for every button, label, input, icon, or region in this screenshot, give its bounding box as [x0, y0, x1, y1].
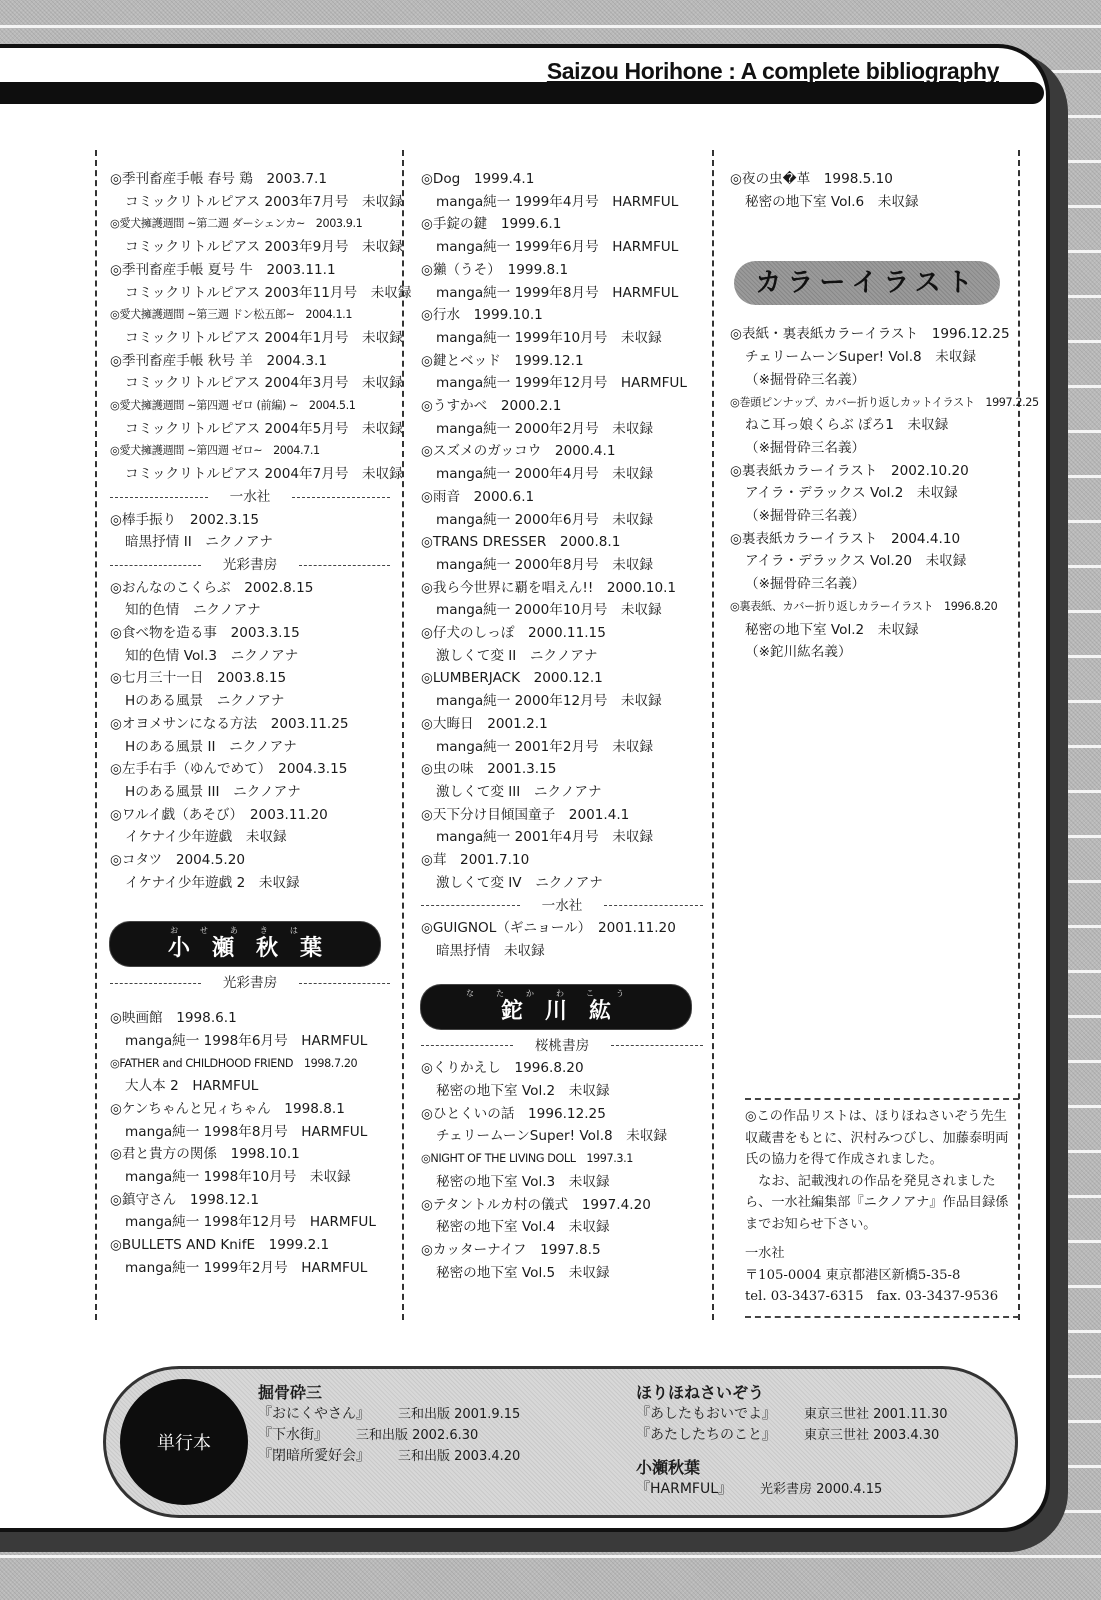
entry-title: ◎愛犬擁護週間 ~第四週 ゼロ~ 2004.7.1	[110, 440, 390, 463]
book-title: 『HARMFUL』	[636, 1481, 732, 1497]
publisher-name: 一水社	[208, 486, 293, 509]
entry-title: ◎LUMBERJACK 2000.12.1	[421, 667, 703, 690]
entry-list: ◎Dog 1999.4.1manga純一 1999年4月号 HARMFUL◎手錠…	[421, 168, 703, 895]
book-author: 小瀬秋葉	[636, 1456, 948, 1479]
entry-title: ◎テタントルカ村の儀式 1997.4.20	[421, 1194, 703, 1217]
entry-publication: manga純一 2000年10月号 未収録	[421, 599, 703, 622]
entry-title: ◎GUIGNOL（ギニョール） 2001.11.20	[421, 917, 703, 940]
entry-title: ◎君と貴方の関係 1998.10.1	[110, 1143, 390, 1166]
entry-publication: manga純一 1999年12月号 HARMFUL	[421, 372, 703, 395]
publisher-separator: 光彩書房	[110, 554, 390, 577]
entry-publication: コミックリトルピアス 2004年5月号 未収録	[110, 418, 390, 441]
book-title: 『あしたもおいでよ』	[636, 1406, 776, 1422]
entry-title: ◎ケンちゃんと兄ィちゃん 1998.8.1	[110, 1098, 390, 1121]
column-divider	[402, 150, 404, 1320]
entry-title: ◎ひとくいの話 1996.12.25	[421, 1103, 703, 1126]
entry-publication: manga純一 2000年6月号 未収録	[421, 509, 703, 532]
entry-publication: 知的色情 ニクノアナ	[110, 599, 390, 622]
entry-title: ◎うすかべ 2000.2.1	[421, 395, 703, 418]
entry-title: ◎NIGHT OF THE LIVING DOLL 1997.3.1	[421, 1148, 703, 1171]
entry-note: （※鉈川紘名義）	[730, 641, 1015, 664]
entry-title: ◎鍵とベッド 1999.12.1	[421, 350, 703, 373]
entry-publication: イケナイ少年遊戯 未収録	[110, 826, 390, 849]
book-title: 『おにくやさん』	[258, 1406, 370, 1422]
entry-title: ◎巻頭ピンナップ、カバー折り返しカットイラスト 1997.2.25	[730, 392, 1015, 415]
entry-title: ◎ワルイ戯（あそび） 2003.11.20	[110, 804, 390, 827]
author-banner: おせあきは 小瀬秋葉	[110, 922, 380, 966]
entry-title: ◎愛犬擁護週間 ~第三週 ドン松五郎~ 2004.1.1	[110, 304, 390, 327]
entry-title: ◎BULLETS AND KnifE 1999.2.1	[110, 1234, 390, 1257]
entry-publication: コミックリトルピアス 2004年7月号 未収録	[110, 463, 390, 486]
entry-title: ◎FATHER and CHILDHOOD FRIEND 1998.7.20	[110, 1053, 390, 1076]
entry-title: ◎行水 1999.10.1	[421, 304, 703, 327]
publisher-name: 光彩書房	[201, 554, 299, 577]
entry-publication: manga純一 2001年4月号 未収録	[421, 826, 703, 849]
entry-publication: 秘密の地下室 Vol.2 未収録	[421, 1080, 703, 1103]
entry-title: ◎天下分け目傾国童子 2001.4.1	[421, 804, 703, 827]
entry-title: ◎TRANS DRESSER 2000.8.1	[421, 531, 703, 554]
entry-title: ◎食べ物を造る事 2003.3.15	[110, 622, 390, 645]
entry-list: ◎映画館 1998.6.1manga純一 1998年6月号 HARMFUL◎FA…	[110, 1007, 390, 1279]
entry-publication: manga純一 1999年4月号 HARMFUL	[421, 191, 703, 214]
entry-publication: manga純一 2000年8月号 未収録	[421, 554, 703, 577]
book-publisher: 光彩書房 2000.4.15	[760, 1482, 882, 1497]
entry-title: ◎映画館 1998.6.1	[110, 1007, 390, 1030]
entry-publication: コミックリトルピアス 2004年3月号 未収録	[110, 372, 390, 395]
entry-publication: manga純一 1999年8月号 HARMFUL	[421, 282, 703, 305]
book-author: 掘骨砕三	[258, 1381, 520, 1404]
book-publisher: 東京三世社 2003.4.30	[804, 1428, 939, 1443]
column-2: ◎Dog 1999.4.1manga純一 1999年4月号 HARMFUL◎手錠…	[421, 168, 703, 1284]
book-row: 『あしたもおいでよ』東京三世社 2001.11.30	[636, 1404, 948, 1425]
books-badge: 単行本	[120, 1379, 248, 1505]
author-name: 小瀬秋葉	[146, 936, 344, 962]
publisher-separator: 光彩書房	[110, 972, 390, 995]
entry-title: ◎雨音 2000.6.1	[421, 486, 703, 509]
book-row: 『あたしたちのこと』東京三世社 2003.4.30	[636, 1425, 948, 1446]
column-1: ◎季刊畜産手帳 春号 鶏 2003.7.1コミックリトルピアス 2003年7月号…	[110, 168, 390, 1280]
author-banner: なたかわこう 鉈川紘	[421, 985, 691, 1029]
entry-publication: 激しくて変 IV ニクノアナ	[421, 872, 703, 895]
entry-title: ◎カッターナイフ 1997.8.5	[421, 1239, 703, 1262]
publisher-address: 〒105-0004 東京都港区新橋5-35-8	[745, 1265, 1019, 1287]
entry-publication: 秘密の地下室 Vol.4 未収録	[421, 1216, 703, 1239]
book-publisher: 三和出版 2001.9.15	[398, 1407, 520, 1422]
entry-list: ◎GUIGNOL（ギニョール） 2001.11.20暗黒抒情 未収録	[421, 917, 703, 962]
entry-list: ◎くりかえし 1996.8.20秘密の地下室 Vol.2 未収録◎ひとくいの話 …	[421, 1057, 703, 1284]
publisher-contact: tel. 03-3437-6315 fax. 03-3437-9536	[745, 1286, 1019, 1308]
book-row: 『おにくやさん』三和出版 2001.9.15	[258, 1404, 520, 1425]
publisher-name: 一水社	[520, 895, 605, 918]
entry-publication: Hのある風景 ニクノアナ	[110, 690, 390, 713]
book-row: 『下水街』三和出版 2002.6.30	[258, 1425, 520, 1446]
entry-list: ◎季刊畜産手帳 春号 鶏 2003.7.1コミックリトルピアス 2003年7月号…	[110, 168, 390, 486]
entry-publication: アイラ・デラックス Vol.2 未収録	[730, 482, 1015, 505]
entry-list: ◎棒手振り 2002.3.15暗黒抒情 II ニクノアナ	[110, 509, 390, 554]
entry-publication: 秘密の地下室 Vol.2 未収録	[730, 619, 1015, 642]
book-author: ほりほねさいぞう	[636, 1381, 948, 1404]
books-group: ほりほねさいぞう 『あしたもおいでよ』東京三世社 2001.11.30 『あたし…	[636, 1381, 948, 1500]
entry-publication: 秘密の地下室 Vol.5 未収録	[421, 1262, 703, 1285]
entry-publication: 暗黒抒情 未収録	[421, 940, 703, 963]
entry-publication: チェリームーンSuper! Vol.8 未収録	[730, 346, 1015, 369]
entry-title: ◎七月三十一日 2003.8.15	[110, 667, 390, 690]
column-3: ◎夜の虫�革 1998.5.10秘密の地下室 Vol.6 未収録 カラーイラスト…	[730, 168, 1015, 664]
notice-paragraph: なお、記載洩れの作品を発見されましたら、一水社編集部『ニクノアナ』作品目録係まで…	[745, 1171, 1019, 1236]
publisher-name: 光彩書房	[201, 972, 299, 995]
entry-publication: Hのある風景 III ニクノアナ	[110, 781, 390, 804]
entry-publication: チェリームーンSuper! Vol.8 未収録	[421, 1125, 703, 1148]
entry-title: ◎季刊畜産手帳 春号 鶏 2003.7.1	[110, 168, 390, 191]
entry-publication: manga純一 2000年12月号 未収録	[421, 690, 703, 713]
publisher-name: 桜桃書房	[513, 1035, 611, 1058]
entry-title: ◎季刊畜産手帳 夏号 牛 2003.11.1	[110, 259, 390, 282]
entry-title: ◎獺（うそ） 1999.8.1	[421, 259, 703, 282]
entry-publication: コミックリトルピアス 2004年1月号 未収録	[110, 327, 390, 350]
entry-title: ◎仔犬のしっぽ 2000.11.15	[421, 622, 703, 645]
entry-publication: manga純一 1998年8月号 HARMFUL	[110, 1121, 390, 1144]
book-title: 『下水街』	[258, 1427, 328, 1443]
entry-note: （※掘骨砕三名義）	[730, 369, 1015, 392]
book-row: 『HARMFUL』光彩書房 2000.4.15	[636, 1479, 948, 1500]
entry-title: ◎手錠の鍵 1999.6.1	[421, 213, 703, 236]
publisher-separator: 一水社	[421, 895, 703, 918]
entry-title: ◎裏表紙カラーイラスト 2004.4.10	[730, 528, 1015, 551]
entry-publication: manga純一 1998年12月号 HARMFUL	[110, 1211, 390, 1234]
entry-publication: コミックリトルピアス 2003年11月号 未収録	[110, 282, 390, 305]
entry-publication: 秘密の地下室 Vol.6 未収録	[730, 191, 1015, 214]
entry-publication: manga純一 1998年6月号 HARMFUL	[110, 1030, 390, 1053]
author-ruby: おせあきは	[170, 926, 320, 936]
entry-title: ◎スズメのガッコウ 2000.4.1	[421, 440, 703, 463]
entry-publication: manga純一 2000年4月号 未収録	[421, 463, 703, 486]
entry-title: ◎鎮守さん 1998.12.1	[110, 1189, 390, 1212]
entry-title: ◎愛犬擁護週間 ~第四週 ゼロ (前編) ~ 2004.5.1	[110, 395, 390, 418]
entry-publication: manga純一 2001年2月号 未収録	[421, 736, 703, 759]
column-divider	[95, 150, 97, 1320]
page-title: Saizou Horihone : A complete bibliograph…	[547, 58, 999, 85]
entry-title: ◎くりかえし 1996.8.20	[421, 1057, 703, 1080]
column-divider	[712, 150, 714, 1320]
book-publisher: 三和出版 2003.4.20	[398, 1449, 520, 1464]
entry-publication: manga純一 1999年2月号 HARMFUL	[110, 1257, 390, 1280]
book-publisher: 三和出版 2002.6.30	[356, 1428, 478, 1443]
entry-publication: 秘密の地下室 Vol.3 未収録	[421, 1171, 703, 1194]
entry-title: ◎表紙・裏表紙カラーイラスト 1996.12.25	[730, 323, 1015, 346]
entry-publication: ねこ耳っ娘くらぶ ぽろ1 未収録	[730, 414, 1015, 437]
entry-publication: イケナイ少年遊戯 2 未収録	[110, 872, 390, 895]
entry-title: ◎棒手振り 2002.3.15	[110, 509, 390, 532]
entry-publication: 激しくて変 III ニクノアナ	[421, 781, 703, 804]
entry-publication: アイラ・デラックス Vol.20 未収録	[730, 550, 1015, 573]
notice-paragraph: ◎この作品リストは、ほりほねさいぞう先生収蔵書をもとに、沢村みつびし、加藤泰明両…	[745, 1106, 1019, 1171]
entry-publication: 激しくて変 II ニクノアナ	[421, 645, 703, 668]
entry-publication: manga純一 1999年6月号 HARMFUL	[421, 236, 703, 259]
entry-publication: manga純一 1998年10月号 未収録	[110, 1166, 390, 1189]
entry-publication: 暗黒抒情 II ニクノアナ	[110, 531, 390, 554]
entry-title: ◎大晦日 2001.2.1	[421, 713, 703, 736]
publisher-company: 一水社	[745, 1243, 1019, 1265]
color-illust-banner: カラーイラスト	[734, 261, 1000, 305]
entry-title: ◎夜の虫�革 1998.5.10	[730, 168, 1015, 191]
entry-note: （※掘骨砕三名義）	[730, 437, 1015, 460]
books-panel: 単行本 掘骨砕三 『おにくやさん』三和出版 2001.9.15 『下水街』三和出…	[103, 1366, 1018, 1518]
entry-title: ◎虫の味 2001.3.15	[421, 758, 703, 781]
header-bar	[0, 82, 1044, 104]
entry-title: ◎オヨメサンになる方法 2003.11.25	[110, 713, 390, 736]
entry-publication: 大人本 2 HARMFUL	[110, 1075, 390, 1098]
book-row: 『閉暗所愛好会』三和出版 2003.4.20	[258, 1446, 520, 1467]
publisher-separator: 一水社	[110, 486, 390, 509]
entry-title: ◎おんなのこくらぶ 2002.8.15	[110, 577, 390, 600]
entry-title: ◎Dog 1999.4.1	[421, 168, 703, 191]
entry-title: ◎コタツ 2004.5.20	[110, 849, 390, 872]
entry-publication: 知的色情 Vol.3 ニクノアナ	[110, 645, 390, 668]
entry-title: ◎裏表紙、カバー折り返しカラーイラスト 1996.8.20	[730, 596, 1015, 619]
entry-publication: コミックリトルピアス 2003年7月号 未収録	[110, 191, 390, 214]
books-group: 掘骨砕三 『おにくやさん』三和出版 2001.9.15 『下水街』三和出版 20…	[258, 1381, 520, 1467]
book-title: 『あたしたちのこと』	[636, 1427, 776, 1443]
entry-title: ◎裏表紙カラーイラスト 2002.10.20	[730, 460, 1015, 483]
entry-title: ◎左手右手（ゆんでめて） 2004.3.15	[110, 758, 390, 781]
author-ruby: なたかわこう	[466, 989, 646, 999]
entry-title: ◎茸 2001.7.10	[421, 849, 703, 872]
entry-title: ◎愛犬擁護週間 ~第二週 ダーシェンカ~ 2003.9.1	[110, 213, 390, 236]
entry-publication: manga純一 1999年10月号 未収録	[421, 327, 703, 350]
entry-note: （※掘骨砕三名義）	[730, 505, 1015, 528]
entry-title: ◎季刊畜産手帳 秋号 羊 2004.3.1	[110, 350, 390, 373]
entry-list: ◎夜の虫�革 1998.5.10秘密の地下室 Vol.6 未収録	[730, 168, 1015, 213]
entry-publication: コミックリトルピアス 2003年9月号 未収録	[110, 236, 390, 259]
author-name: 鉈川紘	[479, 999, 633, 1025]
entry-publication: Hのある風景 II ニクノアナ	[110, 736, 390, 759]
entry-publication: manga純一 2000年2月号 未収録	[421, 418, 703, 441]
entry-note: （※掘骨砕三名義）	[730, 573, 1015, 596]
entry-list: ◎表紙・裏表紙カラーイラスト 1996.12.25チェリームーンSuper! V…	[730, 323, 1015, 664]
book-publisher: 東京三世社 2001.11.30	[804, 1407, 948, 1422]
notice-box: ◎この作品リストは、ほりほねさいぞう先生収蔵書をもとに、沢村みつびし、加藤泰明両…	[745, 1098, 1019, 1318]
entry-list: ◎おんなのこくらぶ 2002.8.15知的色情 ニクノアナ◎食べ物を造る事 20…	[110, 577, 390, 895]
book-title: 『閉暗所愛好会』	[258, 1448, 370, 1464]
entry-title: ◎我ら今世界に覇を唱えん!! 2000.10.1	[421, 577, 703, 600]
publisher-separator: 桜桃書房	[421, 1035, 703, 1058]
